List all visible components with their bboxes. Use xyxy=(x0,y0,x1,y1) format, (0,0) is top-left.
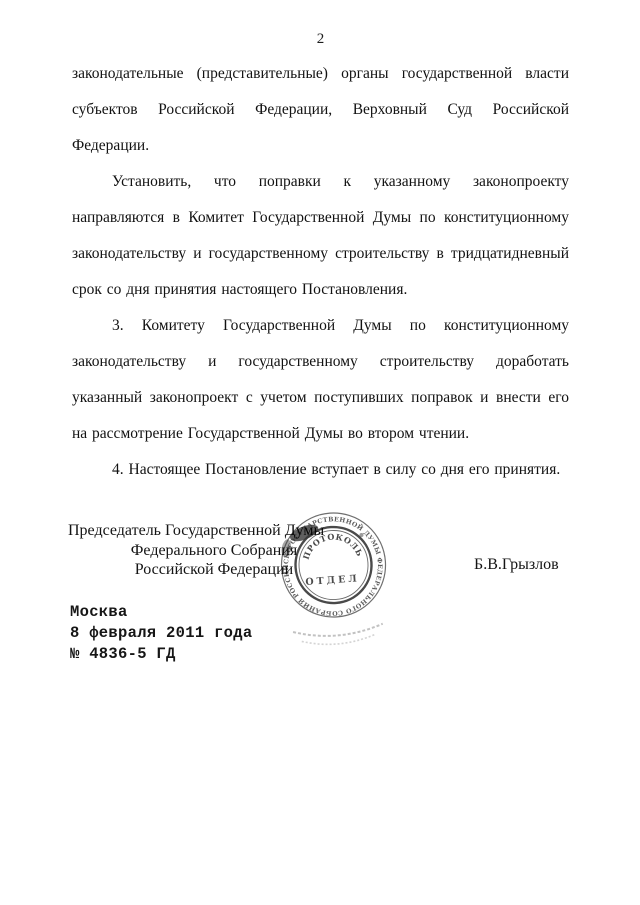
text-line: законодательные (представительные) орган… xyxy=(72,56,569,92)
body-paragraph: 4. Настоящее Постановление вступает в си… xyxy=(72,452,569,488)
stamp-center-text: ОТДЕЛ xyxy=(305,573,360,588)
stamp-seal-graphic: ГОСУДАРСТВЕННОЙ ДУМЫ ФЕДЕРАЛЬНОГО СОБРАН… xyxy=(258,488,411,656)
text-line: субъектов Российской Федерации, Верховны… xyxy=(72,92,569,128)
signatory-name: Б.В.Грызлов xyxy=(474,556,559,574)
text-line: направляются в Комитет Государственной Д… xyxy=(72,200,569,236)
issuance-number: № 4836-5 ГД xyxy=(70,644,252,665)
text-line: 3. Комитету Государственной Думы по конс… xyxy=(72,308,569,344)
text-line: Установить, что поправки к указанному за… xyxy=(72,164,569,200)
page-number: 2 xyxy=(72,31,569,48)
text-line: законодательству и государственному стро… xyxy=(72,236,569,272)
text-line: Федерации. xyxy=(72,128,569,164)
text-line: срок со дня принятия настоящего Постанов… xyxy=(72,272,569,308)
text-line: на рассмотрение Государственной Думы во … xyxy=(72,416,569,452)
text-line: указанный законопроект с учетом поступив… xyxy=(72,380,569,416)
issuance-date: 8 февраля 2011 года xyxy=(70,623,252,644)
text-line: 4. Настоящее Постановление вступает в си… xyxy=(72,452,569,488)
text-line: законодательству и государственному стро… xyxy=(72,344,569,380)
body-paragraph: законодательные (представительные) орган… xyxy=(72,56,569,164)
issuance-city: Москва xyxy=(70,602,252,623)
protocol-department-stamp: ГОСУДАРСТВЕННОЙ ДУМЫ ФЕДЕРАЛЬНОГО СОБРАН… xyxy=(258,488,411,656)
body-paragraph: Установить, что поправки к указанному за… xyxy=(72,164,569,308)
body-paragraph: 3. Комитету Государственной Думы по конс… xyxy=(72,308,569,452)
issuance-block: Москва 8 февраля 2011 года № 4836-5 ГД xyxy=(70,602,252,665)
document-body: законодательные (представительные) орган… xyxy=(72,56,569,488)
document-page: 2 законодательные (представительные) орг… xyxy=(0,0,640,905)
